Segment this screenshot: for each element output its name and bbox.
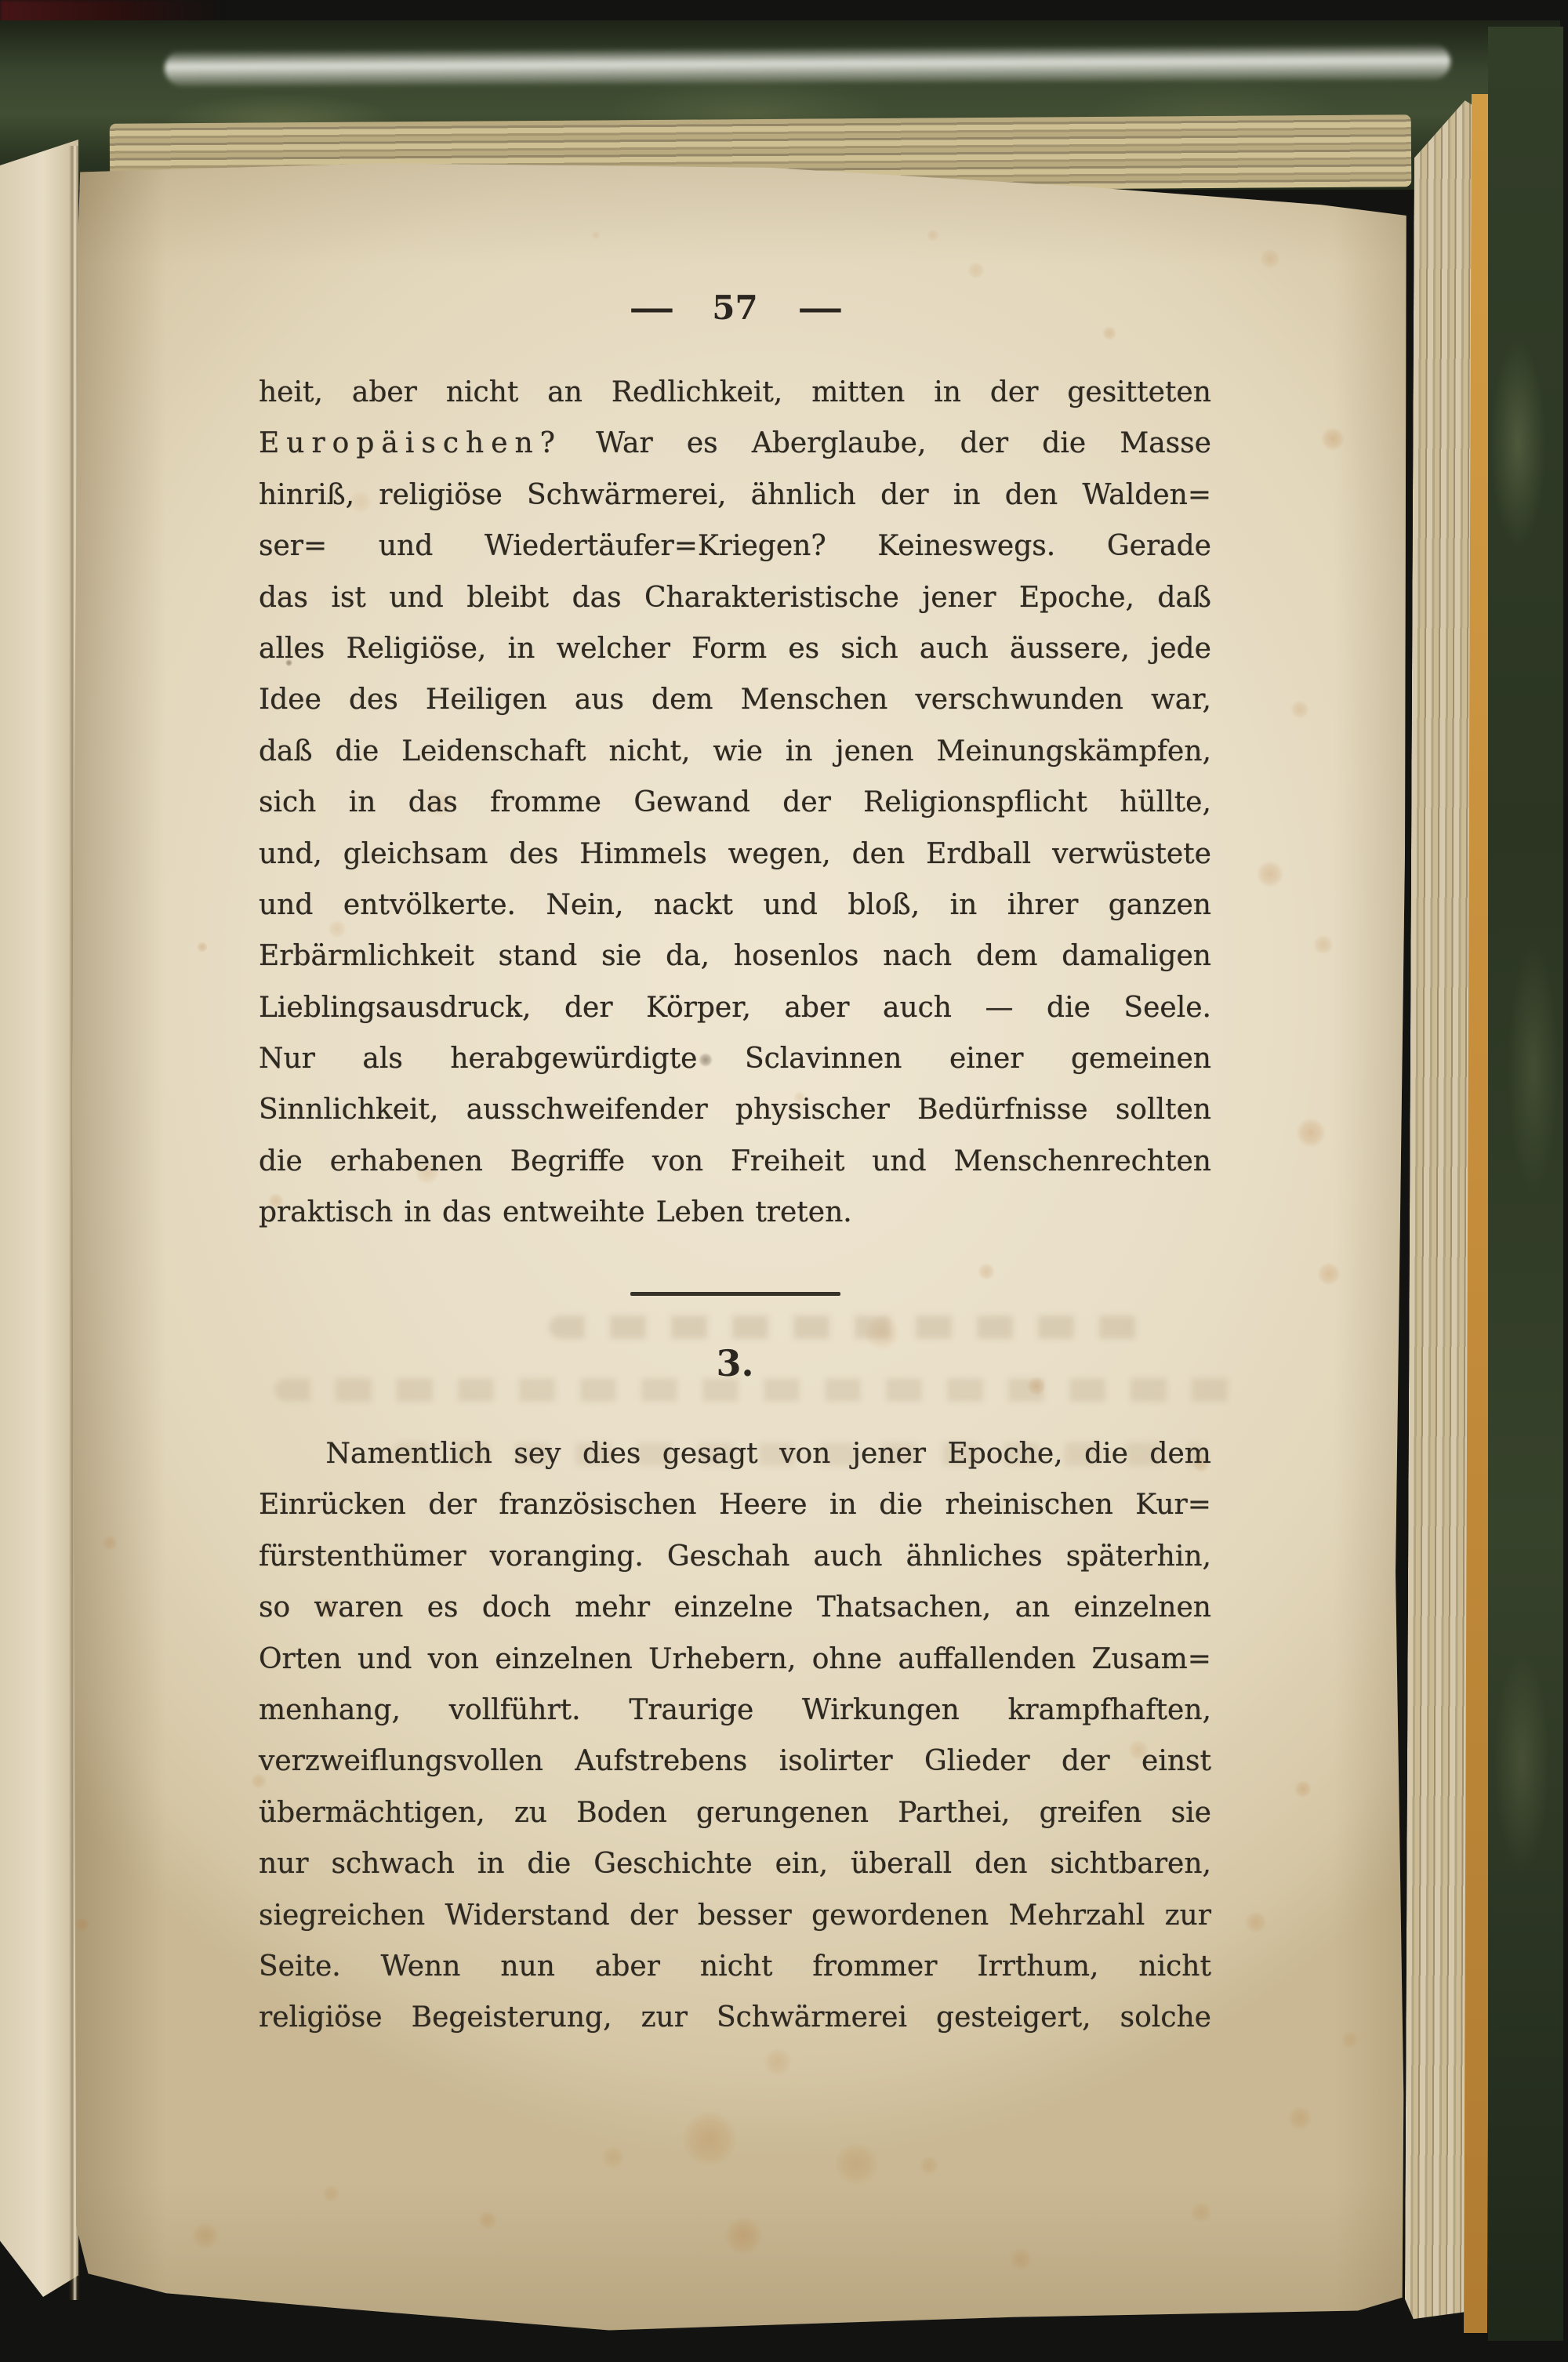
paragraph-1: heit,abernichtanRedlichkeit,mitteninderg… — [259, 367, 1211, 1239]
book-cover-right — [1488, 27, 1563, 2341]
foxing-spot — [1010, 2248, 1032, 2270]
text-line: nurschwachindieGeschichteein,überalldens… — [259, 1838, 1211, 1889]
text-line: religiöseBegeisterung,zurSchwärmereigest… — [259, 1992, 1211, 2043]
foxing-spot — [1260, 249, 1280, 269]
foxing-spot — [835, 2142, 878, 2186]
text-line: undentvölkerte.Nein,nacktundbloß,inihrer… — [259, 880, 1211, 931]
text-line: dieerhabenenBegriffevonFreiheitundMensch… — [259, 1136, 1211, 1187]
foxing-spot — [1313, 934, 1334, 955]
page-number-row: — 57 — — [259, 288, 1211, 327]
section-heading: 3. — [259, 1342, 1211, 1384]
section-separator — [630, 1292, 840, 1296]
text-line: und,gleichsamdesHimmelswegen,denErdballv… — [259, 829, 1211, 880]
foxing-spot — [1321, 427, 1345, 451]
foxing-spot — [591, 230, 601, 240]
foxing-spot — [102, 1535, 118, 1551]
text-line: Sinnlichkeit,ausschweifenderphysischerBe… — [259, 1084, 1211, 1135]
text-line: Seite.WennnunabernichtfrommerIrrthum,nic… — [259, 1941, 1211, 1992]
foxing-spot — [927, 229, 939, 241]
page-number: 57 — [712, 288, 757, 327]
page-number-dash-right: — — [797, 288, 841, 327]
text-line: Lieblingsausdruck,derKörper,aberauch—die… — [259, 982, 1211, 1033]
page-number-dash-left: — — [629, 288, 673, 327]
foxing-spot — [1296, 1118, 1326, 1148]
text-line: übermächtigen,zuBodengerungenenParthei,g… — [259, 1787, 1211, 1838]
text-line: heit,abernichtanRedlichkeit,mitteninderg… — [259, 367, 1211, 418]
text-line: sichindasfrommeGewandderReligionspflicht… — [259, 777, 1211, 828]
book-scan: — 57 — heit,abernichtanRedlichkeit,mitte… — [0, 0, 1568, 2362]
foxing-spot — [978, 1263, 995, 1280]
foxing-spot — [1257, 861, 1283, 887]
foxing-spot — [764, 2048, 792, 2076]
foxing-spot — [75, 1918, 89, 1932]
foxing-spot — [724, 2217, 762, 2255]
text-line: NamentlichseydiesgesagtvonjenerEpoche,di… — [259, 1428, 1211, 1479]
text-line: daßdieLeidenschaftnicht,wieinjenenMeinun… — [259, 726, 1211, 777]
foxing-spot — [967, 262, 985, 279]
text-line: EinrückenderfranzösischenHeereindierhein… — [259, 1479, 1211, 1530]
foxing-spot — [192, 2222, 219, 2249]
cover-highlight — [165, 44, 1450, 87]
showthrough-line — [549, 1315, 1145, 1339]
text-line: sowarenesdochmehreinzelneThatsachen,anei… — [259, 1582, 1211, 1633]
foxing-spot — [1102, 326, 1116, 340]
text-line: Erbärmlichkeitstandsieda,hosenlosnachdem… — [259, 931, 1211, 981]
foxing-spot — [682, 2111, 737, 2166]
text-line: siegreichenWiderstandderbessergewordenen… — [259, 1890, 1211, 1941]
foxing-spot — [1245, 1911, 1267, 1933]
foxing-spot — [1341, 2031, 1359, 2048]
text-line: NuralsherabgewürdigteSclavinneneinergeme… — [259, 1033, 1211, 1084]
foxing-spot — [1294, 1780, 1312, 1798]
foxing-spot — [1290, 700, 1309, 719]
foxing-spot — [1317, 1262, 1341, 1286]
facing-page-edge — [0, 140, 78, 2297]
foxing-spot — [478, 2211, 497, 2230]
text-line: verzweiflungsvollenAufstrebensisolirterG… — [259, 1736, 1211, 1787]
text-line: ser=undWiedertäufer=Kriegen?Keineswegs.G… — [259, 521, 1211, 571]
foxing-spot — [1191, 2202, 1211, 2222]
text-line: OrtenundvoneinzelnenUrhebern,ohneauffall… — [259, 1634, 1211, 1685]
text-line: praktischindasentweihteLebentreten. — [259, 1187, 1211, 1238]
book-page: — 57 — heit,abernichtanRedlichkeit,mitte… — [72, 157, 1414, 2335]
text-line: hinriß,religiöseSchwärmerei,ähnlichderin… — [259, 470, 1211, 521]
foxing-spot — [1288, 2106, 1312, 2130]
paragraph-2: NamentlichseydiesgesagtvonjenerEpoche,di… — [259, 1428, 1211, 2044]
foxing-spot — [197, 942, 208, 952]
text-line: allesReligiöse,inwelcherFormessichauchäu… — [259, 623, 1211, 674]
foxing-spot — [920, 2156, 938, 2175]
text-line: menhang,vollführt.TraurigeWirkungenkramp… — [259, 1685, 1211, 1736]
text-line: IdeedesHeiligenausdemMenschenverschwunde… — [259, 674, 1211, 725]
text-line: dasistundbleibtdasCharakteristischejener… — [259, 572, 1211, 623]
text-line: fürstenthümervoranging.Geschahauchähnlic… — [259, 1531, 1211, 1582]
foxing-spot — [322, 2185, 339, 2202]
foxing-spot — [602, 2146, 624, 2168]
text-line: Europäischen?WaresAberglaube,derdieMasse — [259, 418, 1211, 469]
